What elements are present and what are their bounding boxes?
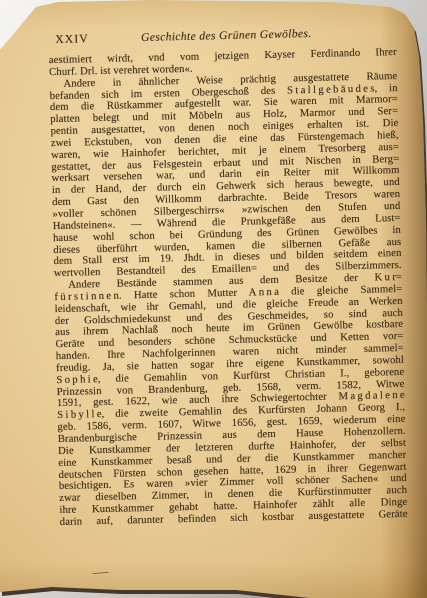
running-title: Geschichte des Grünen Gewölbes. xyxy=(52,26,400,46)
page-header: XXIV Geschichte des Grünen Gewölbes. xyxy=(48,26,396,49)
page-sheet: XXIV Geschichte des Grünen Gewölbes. aes… xyxy=(0,0,427,598)
page-content: XXIV Geschichte des Grünen Gewölbes. aes… xyxy=(48,26,408,529)
scan-background: { "header": { "page_number": "XXIV", "ti… xyxy=(0,0,427,598)
paragraph: Andere Bestände stammen aus dem Besitze … xyxy=(54,272,408,529)
paragraph: Andere in ähnlicher Weise prächtig ausge… xyxy=(49,71,402,280)
corner-crease xyxy=(396,0,427,40)
text-block: aestimiert wirdt, vnd vom jetzigen Kayse… xyxy=(49,47,408,529)
stray-ink-mark: — xyxy=(92,563,109,580)
